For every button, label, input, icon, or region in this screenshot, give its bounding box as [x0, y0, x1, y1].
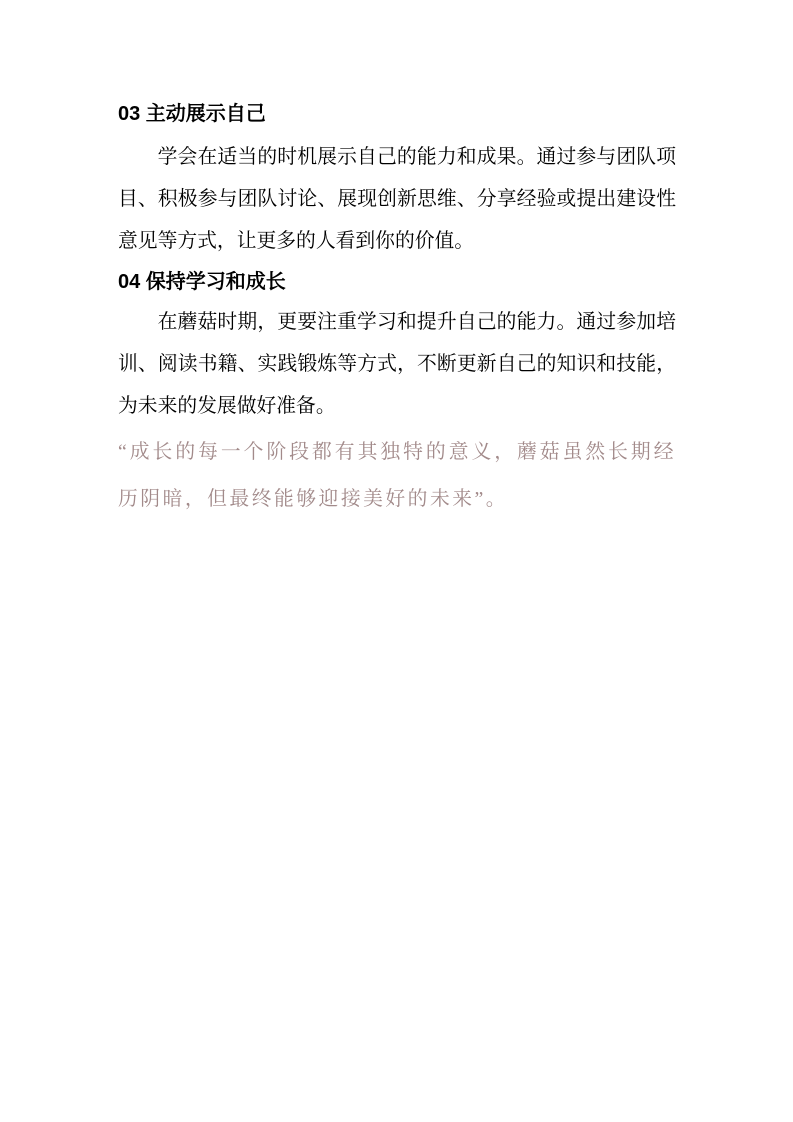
section-heading-04: 04 保持学习和成长	[118, 269, 678, 295]
document-page: 03 主动展示自己 学会在适当的时机展示自己的能力和成果。通过参与团队项目、积极…	[0, 0, 793, 1122]
section-paragraph-04: 在蘑菇时期，更要注重学习和提升自己的能力。通过参加培训、阅读书籍、实践锻炼等方式…	[118, 301, 676, 427]
section-paragraph-03: 学会在适当的时机展示自己的能力和成果。通过参与团队项目、积极参与团队讨论、展现创…	[118, 136, 676, 262]
section-heading-03: 03 主动展示自己	[118, 101, 678, 127]
closing-quote-paragraph: “成长的每一个阶段都有其独特的意义，蘑菇虽然长期经历阴暗，但最终能够迎接美好的未…	[118, 429, 676, 523]
